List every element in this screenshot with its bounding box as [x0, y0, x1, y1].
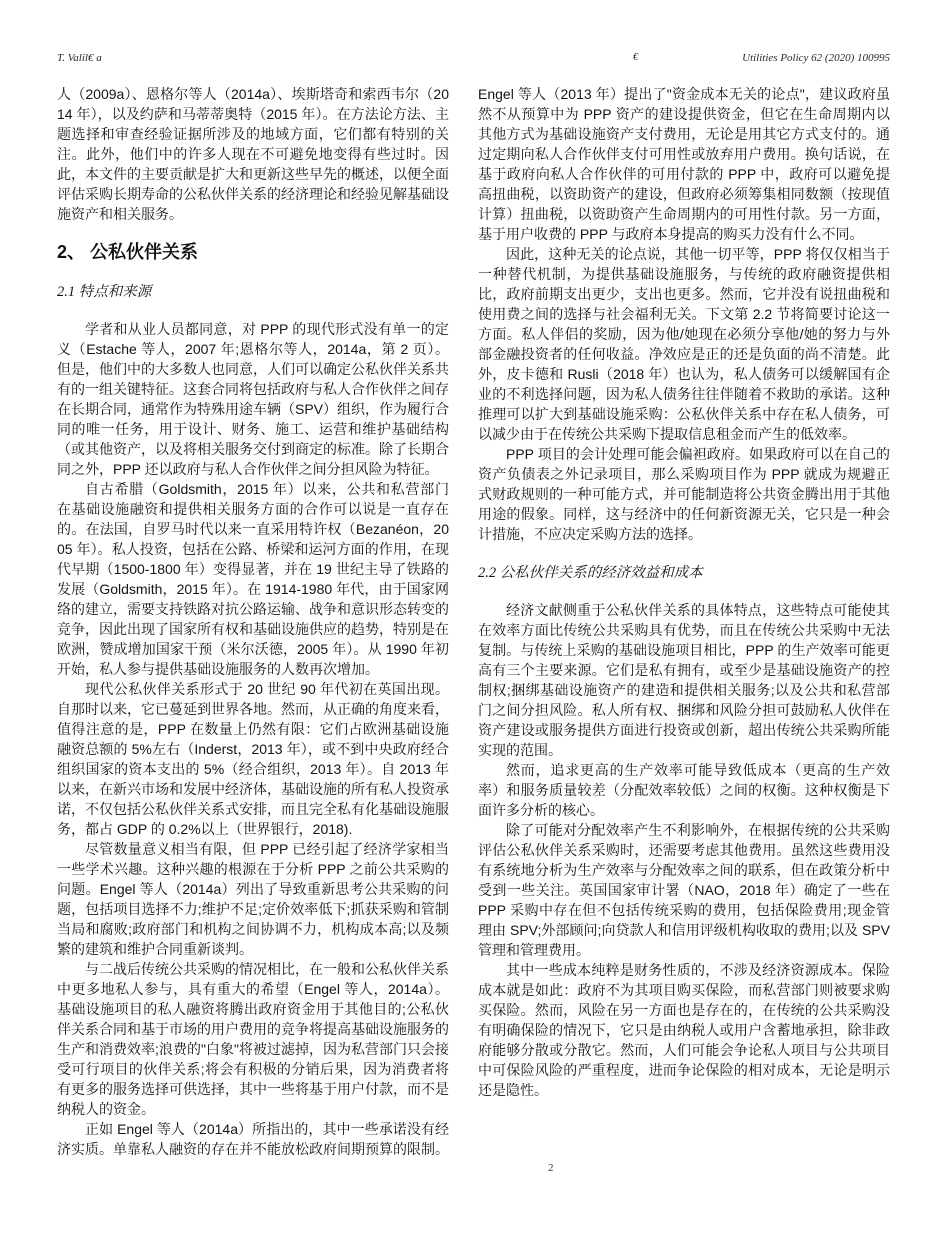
paragraph: PPP 项目的会计处理可能会偏袒政府。如果政府可以在自己的资产负债表之外记录项目…	[478, 444, 890, 544]
header-center-mark: €	[633, 52, 638, 63]
subsection-heading-2-1: 2.1 特点和来源	[57, 283, 449, 301]
paper-page: T. Valil€ a € Utilities Policy 62 (2020)…	[0, 0, 925, 1234]
paragraph: 除了可能对分配效率产生不利影响外，在根据传统的公共采购评估公私伙伴关系采购时，还…	[478, 820, 890, 960]
paragraph: 经济文献侧重于公私伙伴关系的具体特点，这些特点可能使其在效率方面比传统公共采购具…	[478, 600, 890, 760]
paragraph: 尽管数量意义相当有限，但 PPP 已经引起了经济学家相当一些学术兴趣。这种兴趣的…	[57, 839, 449, 959]
paragraph: 自古希腊（Goldsmith，2015 年）以来，公共和私营部门在基础设施融资和…	[57, 479, 449, 679]
header-author: T. Valil€ a	[57, 52, 102, 64]
paragraph: 现代公私伙伴关系形式于 20 世纪 90 年代初在英国出现。自那时以来，它已蔓延…	[57, 679, 449, 839]
paragraph: 因此，这种无关的论点说，其他一切平等，PPP 将仅仅相当于一种替代机制，为提供基…	[478, 244, 890, 444]
paragraph: 正如 Engel 等人（2014a）所指出的，其中一些承诺没有经济实质。单靠私人…	[57, 1119, 449, 1159]
paragraph: 人（2009a）、恩格尔等人（2014a）、埃斯塔奇和索西韦尔（2014 年），…	[57, 84, 449, 224]
paragraph: 学者和从业人员都同意，对 PPP 的现代形式没有单一的定义（Estache 等人…	[57, 319, 449, 479]
header-journal-ref: Utilities Policy 62 (2020) 100995	[742, 52, 890, 64]
subsection-heading-2-2: 2.2 公私伙伴关系的经济效益和成本	[478, 564, 890, 582]
left-column: 人（2009a）、恩格尔等人（2014a）、埃斯塔奇和索西韦尔（2014 年），…	[57, 84, 449, 1159]
section-heading: 2、 公私伙伴关系	[57, 241, 449, 263]
paragraph: 其中一些成本纯粹是财务性质的，不涉及经济资源成本。保险成本就是如此：政府不为其项…	[478, 960, 890, 1100]
paragraph: Engel 等人（2013 年）提出了"资金成本无关的论点"，建议政府虽然不从预…	[478, 84, 890, 244]
right-column: Engel 等人（2013 年）提出了"资金成本无关的论点"，建议政府虽然不从预…	[478, 84, 890, 1100]
paragraph: 与二战后传统公共采购的情况相比，在一般和公私伙伴关系中更多地私人参与，具有重大的…	[57, 959, 449, 1119]
running-header: T. Valil€ a € Utilities Policy 62 (2020)…	[57, 52, 890, 68]
page-number: 2	[548, 1162, 554, 1174]
paragraph: 然而，追求更高的生产效率可能导致低成本（更高的生产效率）和服务质量较差（分配效率…	[478, 760, 890, 820]
